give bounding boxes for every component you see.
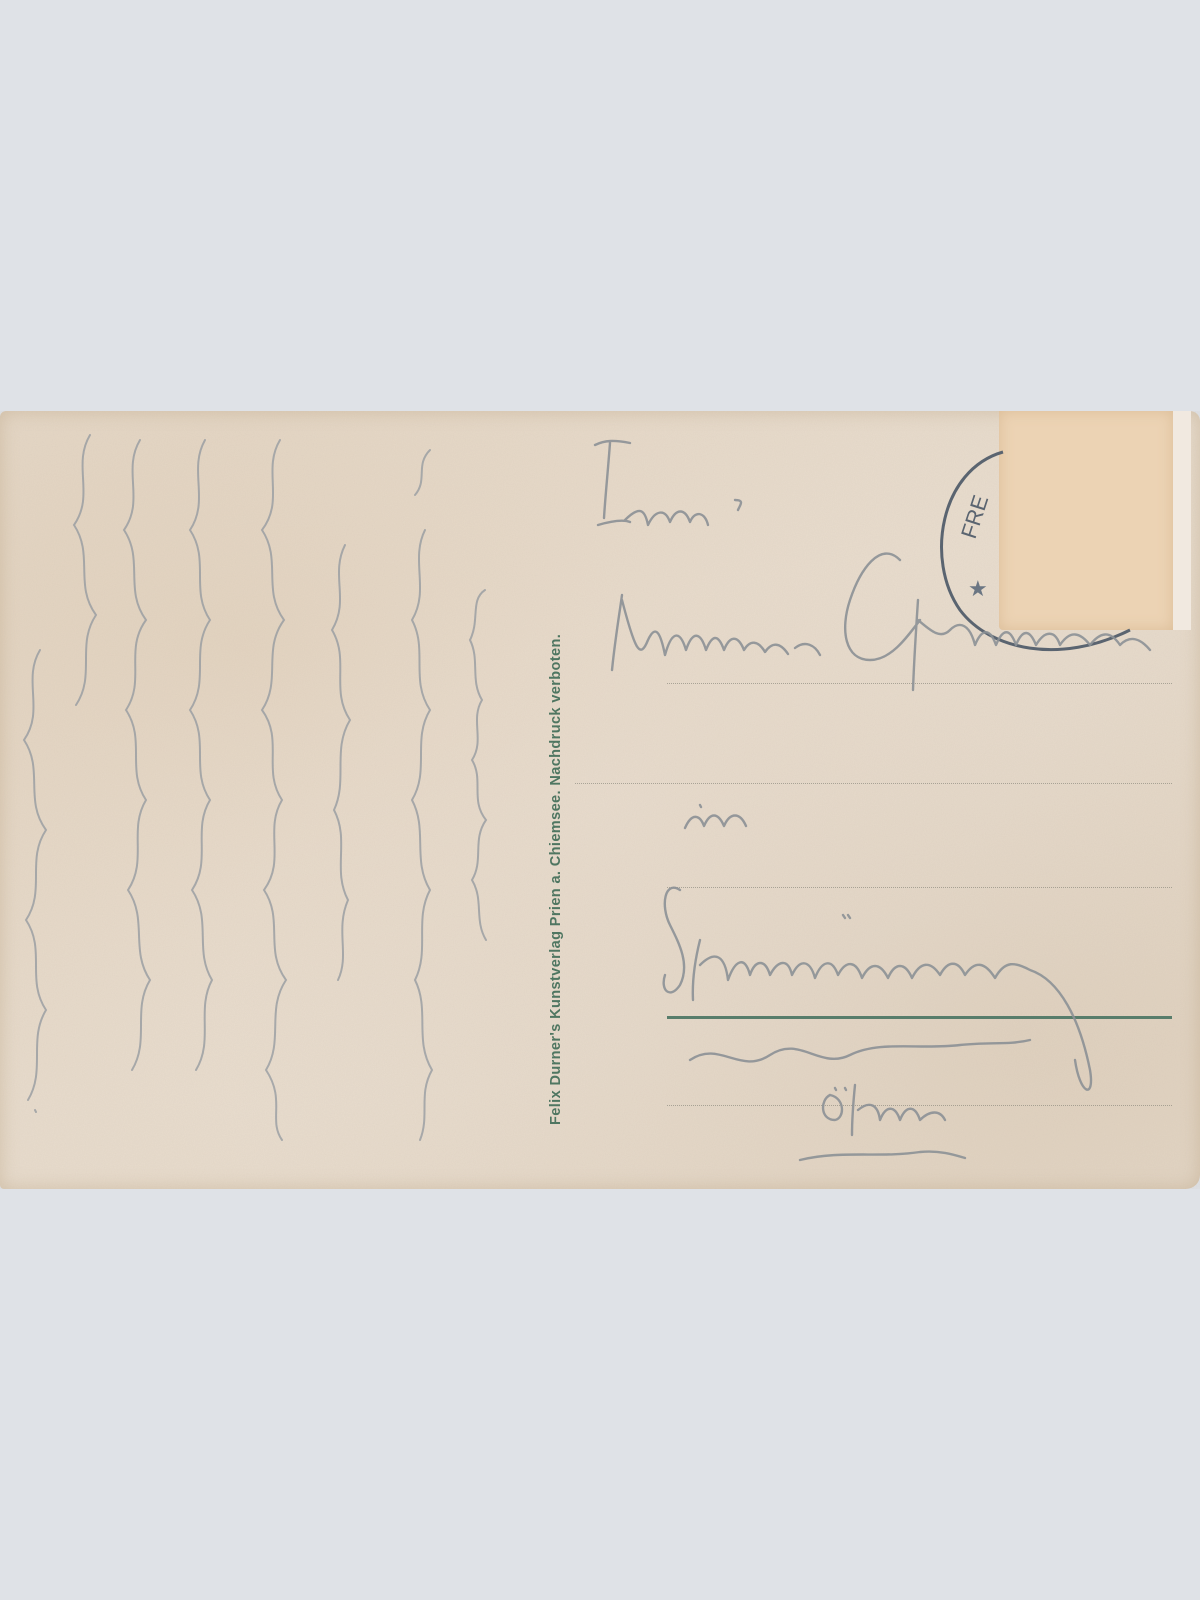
- address-divider: [667, 1016, 1172, 1019]
- address-salutation: Frau: [0, 0, 1, 1]
- stamp-residue: [999, 411, 1191, 630]
- address-guide-line: [667, 887, 1172, 888]
- address-guide-line: [667, 1105, 1172, 1106]
- publisher-imprint: Felix Durner's Kunstverlag Prien a. Chie…: [548, 634, 564, 1125]
- address-guide-line: [667, 683, 1172, 684]
- address-guide-line: [575, 783, 1172, 784]
